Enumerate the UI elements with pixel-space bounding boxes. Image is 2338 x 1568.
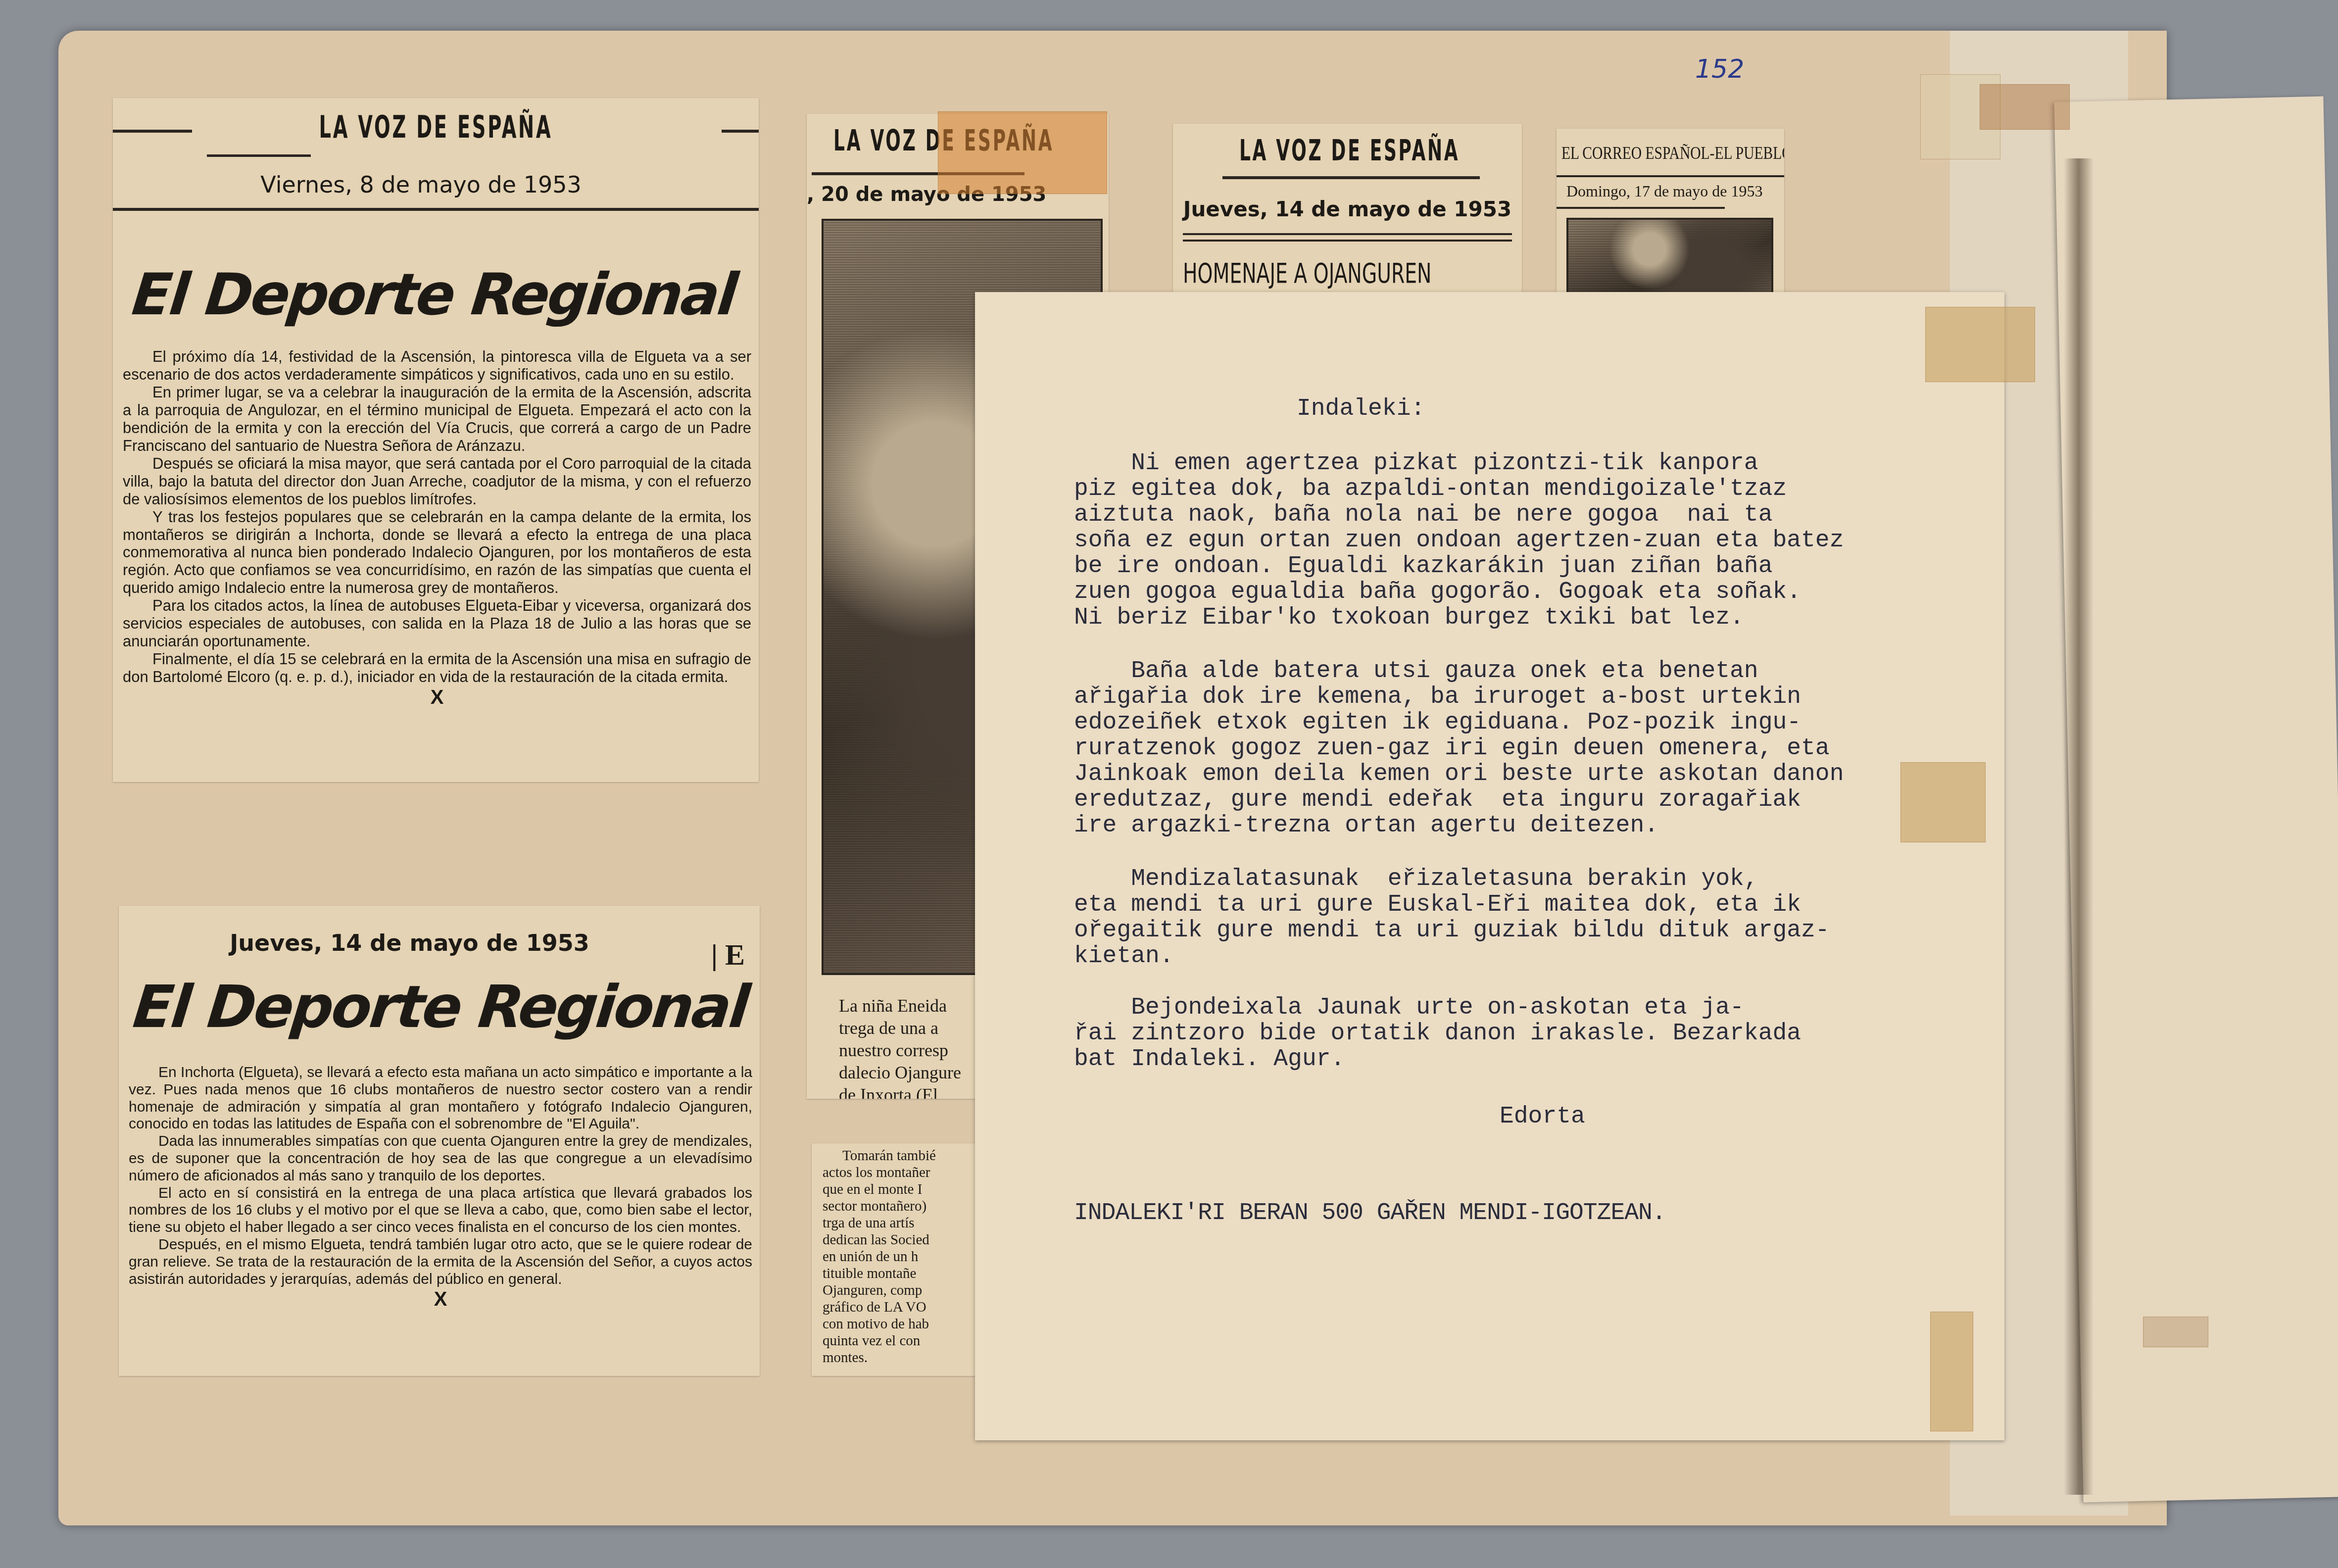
dateline: Viernes, 8 de mayo de 1953 <box>113 171 729 198</box>
paragraph: En Inchorta (Elgueta), se llevará a efec… <box>129 1064 752 1133</box>
paragraph: Después se oficiará la misa mayor, que s… <box>123 455 751 508</box>
clipping-voz-8-mayo: LA VOZ DE ESPAÑA Viernes, 8 de mayo de 1… <box>113 98 759 782</box>
clipping-voz-14-mayo-homenaje: LA VOZ DE ESPAÑA Jueves, 14 de mayo de 1… <box>1173 124 1522 302</box>
text-line: Tomarán tambié <box>823 1147 936 1164</box>
end-mark: X <box>123 686 751 709</box>
clipping-tomaran-tambien: Tomarán tambié actos los montañer que en… <box>812 1143 982 1376</box>
typed-letter: Indaleki: Ni emen agertzea pizkat pizont… <box>975 292 2004 1440</box>
paragraph: Y tras los festejos populares que se cel… <box>123 508 751 597</box>
rule <box>1183 240 1512 242</box>
rule <box>1183 233 1512 235</box>
text-line: gráfico de LA VO <box>823 1299 936 1316</box>
headline: El Deporte Regional <box>129 261 739 328</box>
text-line: con motivo de hab <box>823 1316 936 1332</box>
rule <box>722 130 759 133</box>
masthead: LA VOZ DE ESPAÑA <box>236 109 636 145</box>
tape-strip <box>938 111 1107 194</box>
paragraph: El acto en sí consistirá en la entrega d… <box>129 1185 752 1236</box>
tape-strip <box>1925 307 2035 382</box>
signature: Edorta <box>1500 1104 1585 1129</box>
article-body: Tomarán tambié actos los montañer que en… <box>823 1147 936 1366</box>
rule <box>113 130 192 133</box>
text-line: tituible montañe <box>823 1265 936 1282</box>
paragraph: Finalmente, el día 15 se celebrará en la… <box>123 650 751 686</box>
dateline: Domingo, 17 de mayo de 1953 <box>1566 182 1762 200</box>
paragraph: Para los citados actos, la línea de auto… <box>123 597 751 650</box>
page-fold-shadow <box>2064 158 2094 1495</box>
partial-letter: | E <box>711 938 745 972</box>
tape-strip <box>1930 1312 1973 1431</box>
rule <box>1222 176 1480 179</box>
clipping-14-mayo-deporte: Jueves, 14 de mayo de 1953 | E El Deport… <box>119 906 760 1376</box>
text-line: en unión de un h <box>823 1248 936 1265</box>
text-line: dedican las Socied <box>823 1231 936 1248</box>
text-line: actos los montañer <box>823 1164 936 1181</box>
facing-sheet <box>2054 97 2338 1503</box>
dateline: Jueves, 14 de mayo de 1953 <box>119 930 700 956</box>
salutation: Indaleki: <box>1297 396 1425 422</box>
masthead: LA VOZ DE ESPAÑA <box>1239 134 1456 167</box>
tape-strip <box>1900 762 1986 842</box>
rule <box>1557 207 1725 209</box>
rule <box>207 154 311 157</box>
text-line: Ojanguren, comp <box>823 1282 936 1299</box>
paragraph: Después, en el mismo Elgueta, tendrá tam… <box>129 1236 752 1288</box>
text-line: trga de una artís <box>823 1215 936 1231</box>
text-line: montes. <box>823 1349 936 1366</box>
tape-strip <box>1980 84 2070 130</box>
headline: HOMENAJE A OJANGUREN <box>1183 257 1431 290</box>
clipping-correo-17-mayo: EL CORREO ESPAÑOL-EL PUEBLO VASCO Doming… <box>1557 129 1784 292</box>
rule <box>1557 175 1784 177</box>
tape-strip <box>2143 1317 2208 1347</box>
masthead: EL CORREO ESPAÑOL-EL PUEBLO VASCO <box>1561 143 1784 163</box>
letter-paragraph: Baña alde batera utsi gauza onek eta ben… <box>1074 658 1955 838</box>
letter-caption: INDALEKI'RI BERAN 500 GAŘEN MENDI-IGOTZE… <box>1074 1200 1666 1226</box>
paragraph: Dada las innumerables simpatías con que … <box>129 1133 752 1184</box>
text-line: quinta vez el con <box>823 1332 936 1349</box>
dateline: Jueves, 14 de mayo de 1953 <box>1173 197 1522 221</box>
page-number: 152 <box>1695 54 1744 84</box>
rule <box>113 208 759 211</box>
text-line: que en el monte I <box>823 1181 936 1198</box>
newspaper-photo <box>1566 218 1773 292</box>
text-line: sector montañero) <box>823 1198 936 1215</box>
letter-paragraph: Ni emen agertzea pizkat pizontzi-tik kan… <box>1074 450 1955 631</box>
headline: El Deporte Regional <box>130 973 751 1041</box>
paragraph: El próximo día 14, festividad de la Asce… <box>123 348 751 384</box>
letter-paragraph: Bejondeixala Jaunak urte on-askotan eta … <box>1074 995 1955 1072</box>
paragraph: En primer lugar, se va a celebrar la ina… <box>123 384 751 455</box>
article-body: En Inchorta (Elgueta), se llevará a efec… <box>129 1064 752 1311</box>
letter-paragraph: Mendizalatasunak eřizaletasuna berakin y… <box>1074 866 1955 969</box>
article-body: El próximo día 14, festividad de la Asce… <box>123 348 751 709</box>
end-mark: X <box>129 1288 752 1311</box>
